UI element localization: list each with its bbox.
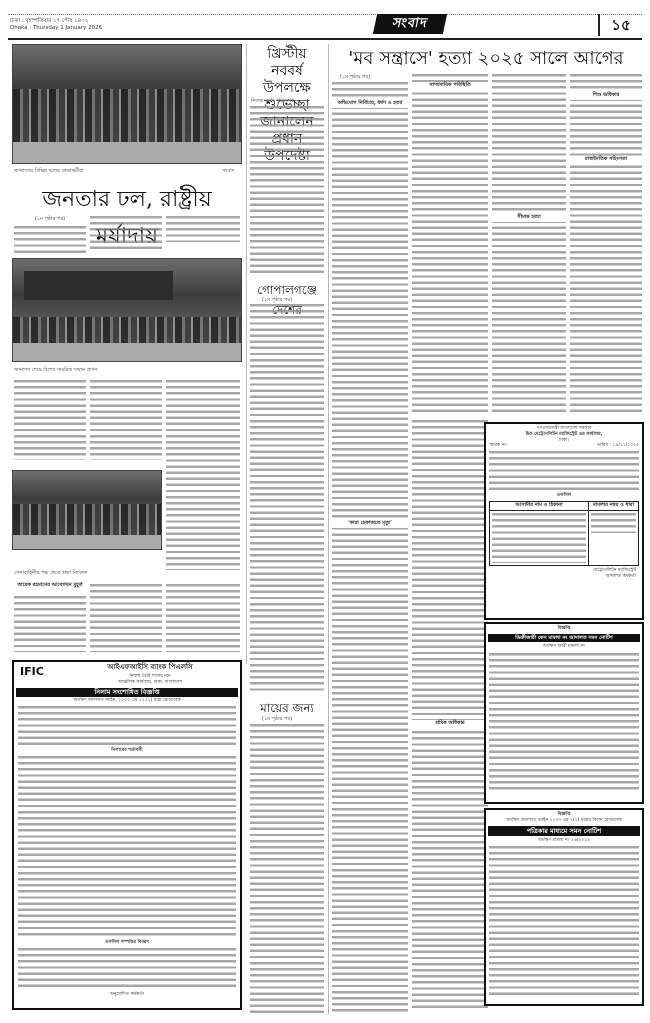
wreath-photo-caption: সেনাবাহিনীর পক্ষ থেকে শ্রদ্ধা নিবেদন (14, 570, 87, 578)
new-year-byline: নিজস্ব বার্তা পরিবেশক (251, 98, 294, 106)
lead-text-col-5 (90, 380, 162, 460)
lead-photo (12, 44, 242, 164)
mob-subhead-3: সীমান্ত হত্যা (492, 214, 566, 222)
mob-subhead-8: শ্রমিক অধিকার (412, 720, 488, 728)
court-col-accused: আসামীর নাম ও ঠিকানা (490, 502, 588, 511)
mob-subhead-5: 'কারা হেফাজতে মৃত্যু' (332, 520, 408, 528)
ific-ad-subtitle: অর্থঋণ আদালত আইন, ২০০৩ এর ১২ (১) ধারা মো… (18, 698, 236, 704)
ific-signature: অনুমোদিত কর্মকর্তা (18, 992, 236, 998)
court-schedule-heading: তফসিল (486, 493, 642, 499)
lead-text-col-8 (90, 584, 162, 652)
lead-text-col-2 (90, 216, 162, 252)
mob-text-col-2 (412, 74, 488, 414)
summons-notice-subtitle: অর্থঋণ আদালত আইন ২০০৩ এর ৭(১) ধারার বিধা… (486, 818, 642, 824)
lead-text-col-7 (14, 596, 86, 652)
page-number: ১৫ (598, 14, 642, 36)
date-english: Dhaka : Thursday 1 January 2026 (10, 25, 102, 32)
mob-subhead-1: অভিযোগ নির্বিচার, ধর্ষণ ও হত্যা (332, 100, 408, 108)
mob-subhead-4: শিশু অধিকার (570, 92, 642, 100)
parade-photo (12, 258, 242, 362)
date-bengali: ঢাকা : বৃহস্পতিবার ১৭ পৌষ ১৪৩২ (10, 18, 102, 25)
ific-bank-name: আইএফআইসি ব্যাংক পিএলসি (64, 665, 236, 671)
lead-text-col-1: (১ম পৃষ্ঠার পর) (14, 216, 86, 254)
wreath-photo (12, 470, 162, 550)
gopalganj-text (250, 304, 324, 694)
decree-notice-bar: ডিক্রীজারী কেস মামলা নং আদালত সমন নোটিশ (488, 634, 640, 642)
ific-logo: IFIC (20, 665, 44, 678)
mob-headline: 'মব সন্ত্রাসে' হত্যা ২০২৫ সালে আগের (330, 44, 642, 75)
summons-notice-bar: পত্রিকার মাধ্যমে সমন নোটিশ (488, 826, 640, 836)
decree-notice-label: বিজ্ঞপ্তি (486, 626, 642, 632)
sub-section-heading: তারেক রহমানের আবেগঘন মুহূর্ত (14, 582, 86, 590)
ific-ad-title: নিলাম সংশোধিত বিজ্ঞপ্তি (16, 688, 238, 697)
mob-subhead-2: সাম্প্রদায়িক পরিস্থিতি (412, 82, 488, 90)
lead-text-col-4 (14, 380, 86, 460)
mother-text (250, 724, 324, 1014)
masthead-rule (8, 38, 642, 40)
ific-address: আঞ্চলিক কার্যালয়, ঢাকা, বাংলাদেশ (64, 680, 236, 686)
ific-branch: নিজস্ব তৈরি শাখার নাম (64, 674, 236, 680)
summons-case-number: অর্থঋণ মামলা নং ২৬/২০২৪ (486, 838, 642, 844)
mob-text-col-4 (570, 74, 642, 414)
court-notice-ad: গণপ্রজাতন্ত্রী বাংলাদেশ সরকার চিফ মেট্রো… (484, 422, 644, 620)
ific-auction-ad: IFIC আইএফআইসি ব্যাংক পিএলসি নিজস্ব তৈরি … (12, 660, 242, 1010)
dateline: ঢাকা : বৃহস্পতিবার ১৭ পৌষ ১৪৩২ Dhaka : T… (10, 18, 102, 32)
mob-text-col-2b (412, 420, 488, 1010)
lead-photo-caption: জানাজায় বিভিন্ন দলের নেতাকর্মীরা (14, 168, 83, 176)
summons-notice-ad: বিজ্ঞপ্তি অর্থঋণ আদালত আইন ২০০৩ এর ৭(১) … (484, 808, 644, 1006)
mob-continued: (১ম পৃষ্ঠার পর) (340, 74, 370, 82)
court-col-case: মামলার নম্বর ও ধারা (589, 502, 638, 511)
lead-photo-credit: সংবাদ (222, 168, 234, 176)
new-year-text (250, 106, 324, 274)
court-signature-2: আদালত কর্মকর্তা (486, 574, 642, 580)
ific-conditions-heading: নিলামের শর্তাবলী (18, 748, 236, 754)
newspaper-logo: সংবাদ (373, 14, 447, 34)
column-rule (328, 44, 329, 1014)
lead-text-col-9 (166, 584, 240, 652)
mother-continued: (১ম পৃষ্ঠার পর) (262, 716, 292, 724)
continued-label: (১ম পৃষ্ঠার পর) (14, 216, 86, 224)
court-memo: স্মারক নং- (489, 443, 508, 449)
parade-photo-caption: জানাজা শেষে বিশেষ সামরিক সম্মান প্রদান (14, 367, 97, 375)
decree-notice-ad: বিজ্ঞপ্তি ডিক্রীজারী কেস মামলা নং আদালত … (484, 622, 644, 804)
mob-text-col-1 (332, 82, 408, 1012)
lead-text-col-6 (166, 380, 240, 570)
dotted-rule (8, 14, 642, 15)
court-date: তারিখ : ১৯/১১/২০২৫ (597, 443, 639, 449)
ific-schedule-heading: তফসিল সম্পত্তির বিবরণ (18, 940, 236, 946)
column-rule (246, 44, 247, 664)
mob-text-col-3 (492, 74, 566, 414)
decree-case-number: অর্থঋণ জারী মামলা নং (486, 644, 642, 650)
mob-subhead-6: রাজনৈতিক সহিংসতা (570, 156, 642, 164)
masthead: ঢাকা : বৃহস্পতিবার ১৭ পৌষ ১৪৩২ Dhaka : T… (0, 0, 650, 44)
lead-text-col-3 (166, 216, 240, 242)
